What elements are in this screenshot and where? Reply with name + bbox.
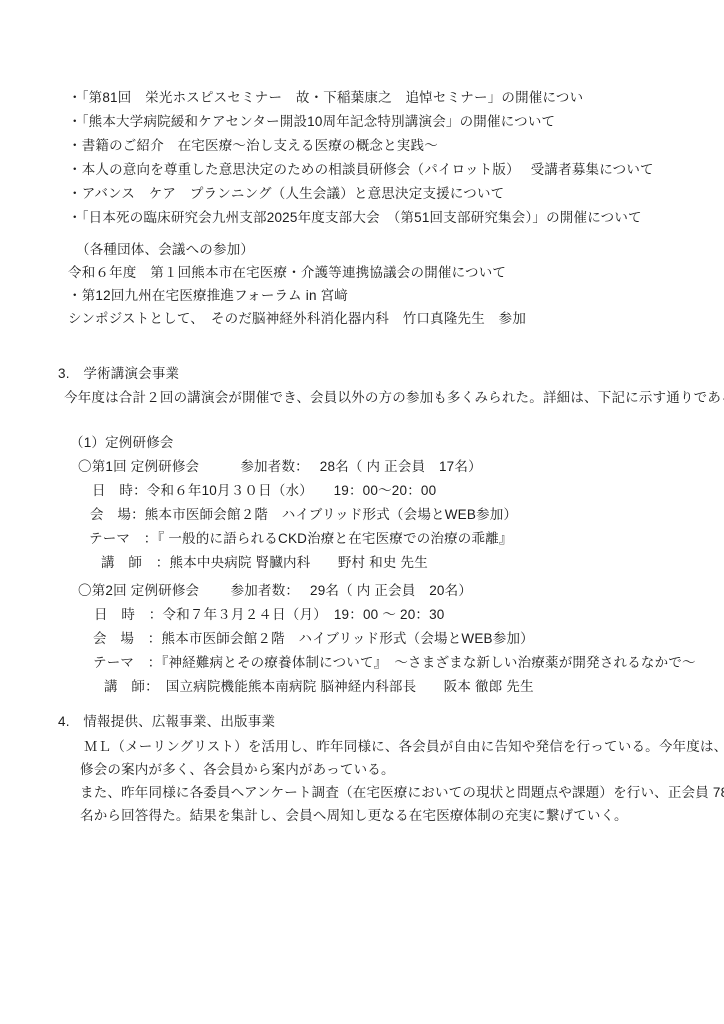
participation-header: （各種団体、会議への参加）: [76, 240, 254, 260]
workshop2-venue: 会 場 ：熊本市医師会館２階 ハイブリッド形式（会場とWEB参加）: [93, 629, 534, 649]
section4-line: ＭＬ（メーリングリスト）を活用し、昨年同様に、各会員が自由に告知や発信を行ってい…: [84, 737, 724, 757]
section4-heading: 4. 情報提供、広報事業、出版事業: [58, 712, 275, 732]
bullet-line: ・アバンス ケア プランニング（人生会議）と意思決定支援について: [68, 184, 504, 204]
workshops-subheading: （1）定例研修会: [70, 433, 174, 453]
workshop2-lecturer: 講 師： 国立病院機能熊本南病院 脳神経内科部長 阪本 徹郎 先生: [104, 677, 534, 697]
bullet-line: ・「第81回 栄光ホスピスセミナー 故・下稲葉康之 追悼セミナー」の開催につい: [68, 88, 583, 108]
workshop1-title: 〇第1回 定例研修会 参加者数： 28名（ 内 正会員 17名）: [78, 457, 482, 477]
bullet-line: ・「熊本大学病院緩和ケアセンター開設10周年記念特別講演会」の開催について: [68, 112, 555, 132]
document-page: ・「第81回 栄光ホスピスセミナー 故・下稲葉康之 追悼セミナー」の開催につい …: [0, 0, 724, 1024]
workshop2-datetime: 日 時 ：令和７年３月２４日（月） 19：00 ～ 20：30: [94, 605, 445, 625]
section4-line: また、昨年同様に各委員へアンケート調査（在宅医療においての現状と問題点や課題）を…: [80, 783, 724, 803]
bullet-line: ・本人の意向を尊重した意思決定のための相談員研修会（パイロット版） 受講者募集に…: [68, 160, 654, 180]
participation-line: ・第12回九州在宅医療推進フォーラム in 宮﨑: [68, 286, 348, 306]
participation-line: 令和６年度 第１回熊本市在宅医療・介護等連携協議会の開催について: [68, 263, 506, 283]
workshop1-theme: テーマ ：『 一般的に語られるCKD治療と在宅医療での治療の乖離』: [89, 529, 513, 549]
workshop1-datetime: 日 時：令和６年10月３０日（水） 19：00～20：00: [92, 481, 436, 501]
section4-line: 修会の案内が多く、各会員から案内があっている。: [80, 760, 395, 780]
section4-line: 名から回答得た。結果を集計し、会員へ周知し更なる在宅医療体制の充実に繋げていく。: [80, 806, 628, 826]
bullet-line: ・書籍のご紹介 在宅医療～治し支える医療の概念と実践～: [68, 136, 438, 156]
workshop1-lecturer: 講 師 ：熊本中央病院 腎臓内科 野村 和史 先生: [101, 553, 428, 573]
workshop2-title: 〇第2回 定例研修会 参加者数： 29名（ 内 正会員 20名）: [78, 581, 472, 601]
workshop2-theme: テーマ ：『神経難病とその療養体制について』 ～さまざまな新しい治療薬が開発され…: [93, 653, 696, 673]
bullet-line: ・「日本死の臨床研究会九州支部2025年度支部大会 （第51回支部研究集会）」の…: [68, 208, 642, 228]
section3-heading: 3. 学術講演会事業: [58, 364, 179, 384]
participation-line: シンポジストとして、 そのだ脳神経外科消化器内科 竹口真隆先生 参加: [68, 309, 526, 329]
workshop1-venue: 会 場：熊本市医師会館２階 ハイブリッド形式（会場とWEB参加）: [90, 505, 517, 525]
section3-body: 今年度は合計２回の講演会が開催でき、会員以外の方の参加も多くみられた。詳細は、下…: [64, 388, 724, 408]
